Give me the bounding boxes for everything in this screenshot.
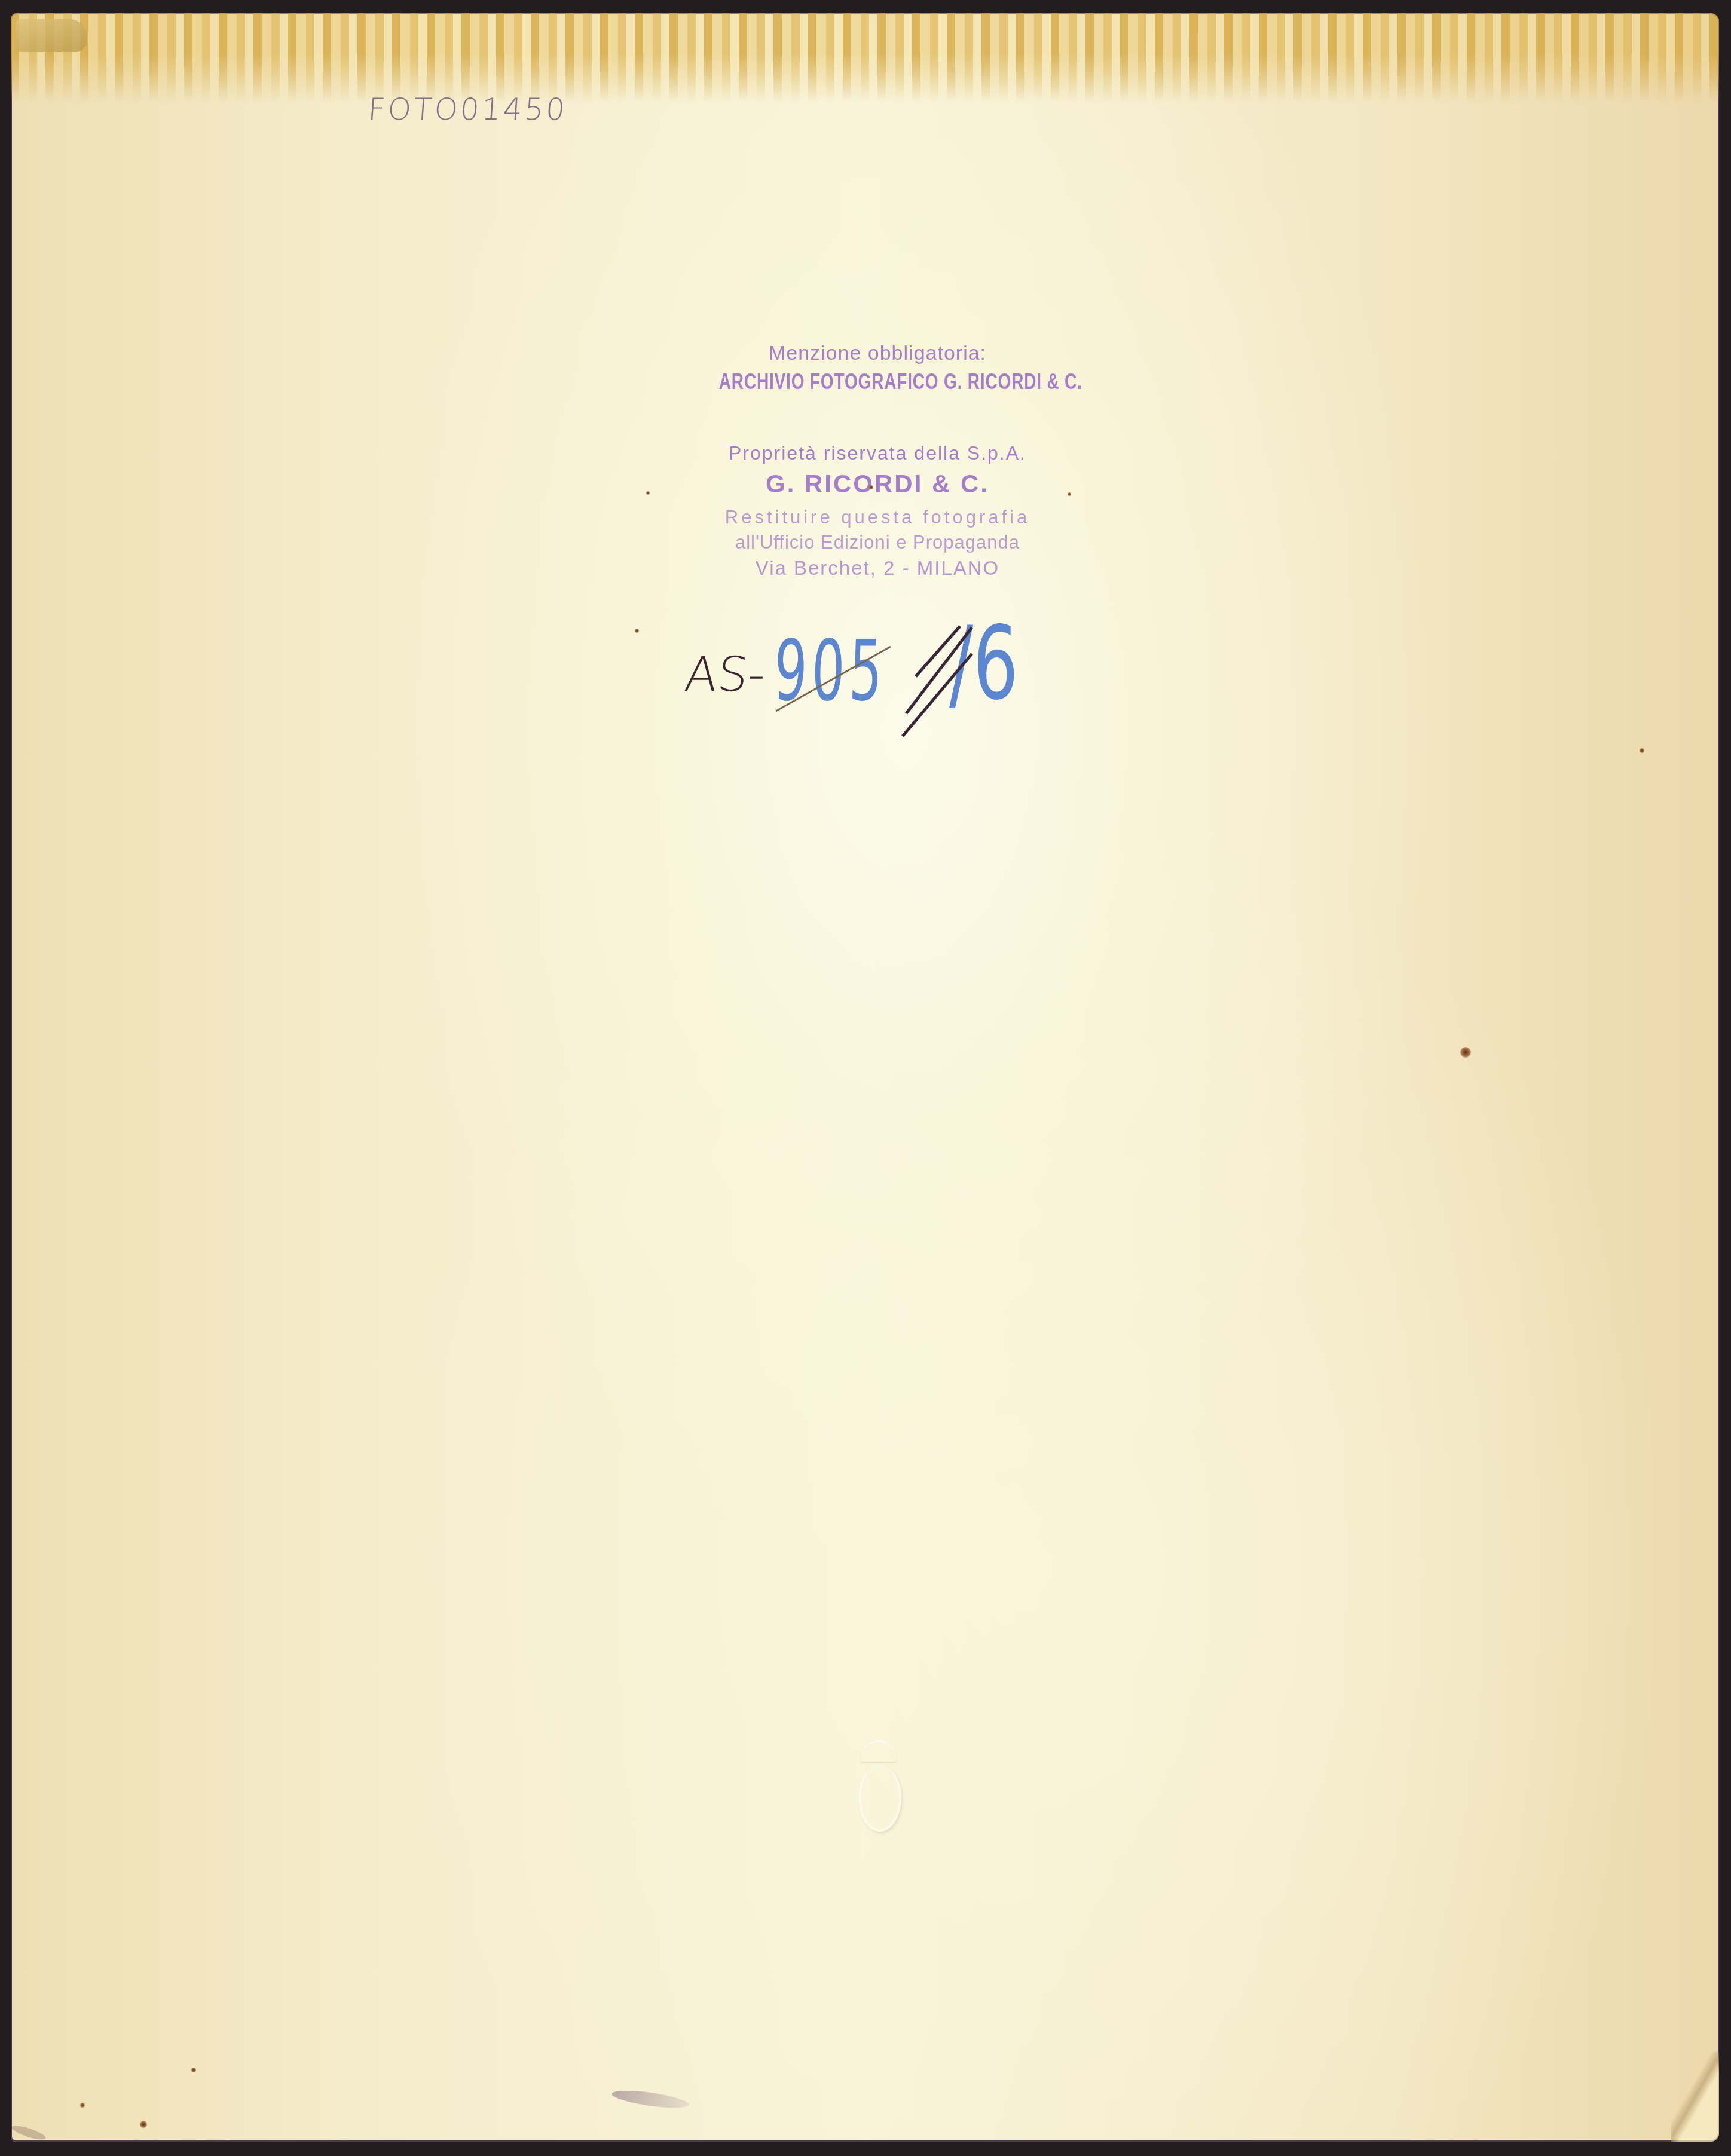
foxing-spot bbox=[191, 2068, 196, 2072]
photo-verso-paper: FOTO01450 Menzione obbligatoria: ARCHIVI… bbox=[11, 13, 1719, 2142]
credit-stamp-heading: Menzione obbligatoria: bbox=[674, 342, 1081, 365]
inventory-number: AS- 905 /6 bbox=[680, 611, 1087, 760]
foxing-spot bbox=[635, 629, 639, 633]
credit-stamp: Menzione obbligatoria: ARCHIVIO FOTOGRAF… bbox=[674, 342, 1081, 408]
foxing-spot bbox=[140, 2121, 147, 2128]
edge-scratch bbox=[10, 2123, 47, 2142]
catalog-number-handwritten: FOTO01450 bbox=[367, 92, 568, 127]
ownership-stamp-company: G. RICORDI & C. bbox=[674, 470, 1081, 498]
credit-stamp-archive: ARCHIVIO FOTOGRAFICO G. RICORDI & C. bbox=[719, 369, 1036, 394]
foxing-spot bbox=[1460, 1047, 1471, 1058]
strike-through-lines bbox=[680, 611, 1087, 760]
glue-stain-band bbox=[11, 13, 1719, 103]
ownership-stamp-line1: Proprietà riservata della S.p.A. bbox=[674, 442, 1081, 464]
ownership-stamp-line3: Restituire questa fotografia bbox=[674, 507, 1081, 528]
emboss-crown bbox=[861, 1740, 897, 1762]
foxing-spot bbox=[1068, 492, 1071, 496]
corner-fold bbox=[1671, 2052, 1719, 2142]
foxing-spot bbox=[869, 485, 873, 489]
foxing-spot bbox=[1640, 748, 1644, 753]
foxing-spot bbox=[646, 491, 650, 495]
pencil-smudge bbox=[611, 2087, 690, 2111]
embossed-crest-icon bbox=[854, 1737, 907, 1839]
ownership-stamp: Proprietà riservata della S.p.A. G. RICO… bbox=[674, 442, 1081, 592]
foxing-spot bbox=[80, 2103, 85, 2108]
ownership-stamp-line4: all'Ufficio Edizioni e Propaganda bbox=[674, 532, 1081, 553]
ownership-stamp-address: Via Berchet, 2 - MILANO bbox=[674, 557, 1081, 580]
glue-residue bbox=[16, 19, 87, 52]
emboss-oval bbox=[858, 1764, 901, 1832]
